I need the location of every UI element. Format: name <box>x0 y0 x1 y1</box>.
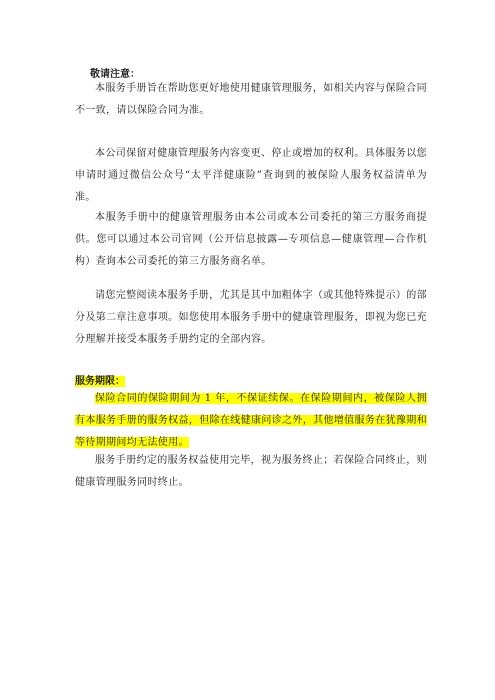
service-period-paragraph: 服务手册约定的服务权益使用完毕，视为服务终止；若保险合同终止，则健康管理服务同时… <box>75 450 427 494</box>
notice-paragraph-4: 请您完整阅读本服务手册，尤其是其中加粗体字（或其他特殊提示）的部分及第二章注意事… <box>75 285 427 351</box>
service-period-heading: 服务期限： <box>75 375 125 389</box>
notice-paragraph-2: 本公司保留对健康管理服务内容变更、停止或增加的权利。具体服务以您申请时通过微信公… <box>75 143 427 209</box>
highlighted-text: 保险合同的保险期间为 1 年，不保证续保。在保险期间内，被保险人拥有本服务手册的… <box>75 393 427 448</box>
service-period-highlighted-paragraph: 保险合同的保险期间为 1 年，不保证续保。在保险期间内，被保险人拥有本服务手册的… <box>75 388 427 454</box>
service-period-heading-text: 服务期限： <box>75 376 125 387</box>
notice-paragraph-1: 本服务手册旨在帮助您更好地使用健康管理服务，如相关内容与保险合同不一致，请以保险… <box>75 78 427 122</box>
notice-paragraph-3: 本服务手册中的健康管理服务由本公司或本公司委托的第三方服务商提供。您可以通过本公… <box>75 207 427 273</box>
